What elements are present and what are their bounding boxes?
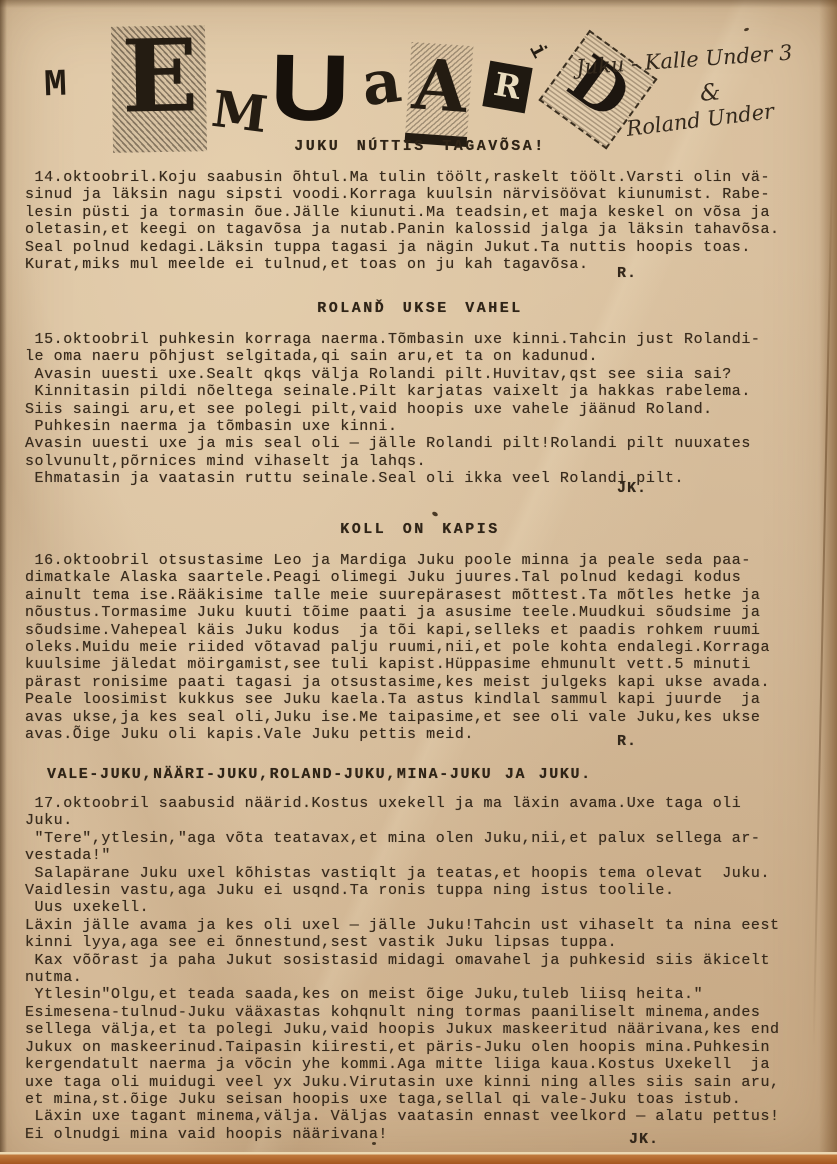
handwritten-ampersand: & xyxy=(699,79,722,107)
section-signature: R. xyxy=(617,733,815,750)
scanned-typewritten-page: M E M U a A R i D Juku - Kalle Under 3 &… xyxy=(0,0,837,1164)
title-letter-i: i xyxy=(523,39,553,65)
title-letter-e: E xyxy=(111,25,207,153)
section-heading: ROLANĎ UKSE VAHEL xyxy=(25,300,815,317)
section-body-text: 17.oktoobril saabusid näärid.Kostus uxek… xyxy=(25,795,815,1143)
section-heading: KOLL ON KAPIS xyxy=(25,521,815,538)
scan-speck xyxy=(372,1142,376,1145)
story-section-roland-ukse-vahel: ROLANĎ UKSE VAHEL 15.oktoobril puhkesin … xyxy=(25,300,815,497)
title-letter-u: U xyxy=(269,33,351,142)
section-signature: R. xyxy=(617,265,815,282)
title-letter-a2: A xyxy=(405,42,474,147)
title-letter-r: R xyxy=(482,61,532,114)
paper-edge-bottom xyxy=(0,1152,837,1164)
paper-edge-top xyxy=(0,0,837,8)
paper-edge-left xyxy=(0,0,7,1164)
section-body-text: 16.oktoobril otsustasime Leo ja Mardiga … xyxy=(25,552,815,743)
section-body-text: 15.oktoobril puhkesin korraga naerma.Tõm… xyxy=(25,331,815,488)
section-heading: VALE-JUKU,NÄÄRI-JUKU,ROLAND-JUKU,MINA-JU… xyxy=(25,766,815,783)
section-signature: JK. xyxy=(617,480,815,497)
title-letter-m2: M xyxy=(209,79,271,144)
section-signature: JK. xyxy=(629,1131,815,1148)
masthead: M E M U a A R i D Juku - Kalle Under 3 &… xyxy=(0,24,837,144)
story-section-juku-nuttis: JUKU NÚTTIS TAGAVÕSA! 14.oktoobril.Koju … xyxy=(25,138,815,282)
section-body-text: 14.oktoobril.Koju saabusin õhtul.Ma tuli… xyxy=(25,169,815,273)
scan-speck xyxy=(431,511,438,517)
title-letter-a1: a xyxy=(358,46,405,120)
section-heading: JUKU NÚTTIS TAGAVÕSA! xyxy=(25,138,815,155)
story-section-koll-on-kapis: KOLL ON KAPIS 16.oktoobril otsustasime L… xyxy=(25,521,815,750)
story-section-vale-juku: VALE-JUKU,NÄÄRI-JUKU,ROLAND-JUKU,MINA-JU… xyxy=(25,766,815,1148)
title-letter-m1: M xyxy=(43,64,67,108)
paper-edge-right xyxy=(819,0,837,1164)
